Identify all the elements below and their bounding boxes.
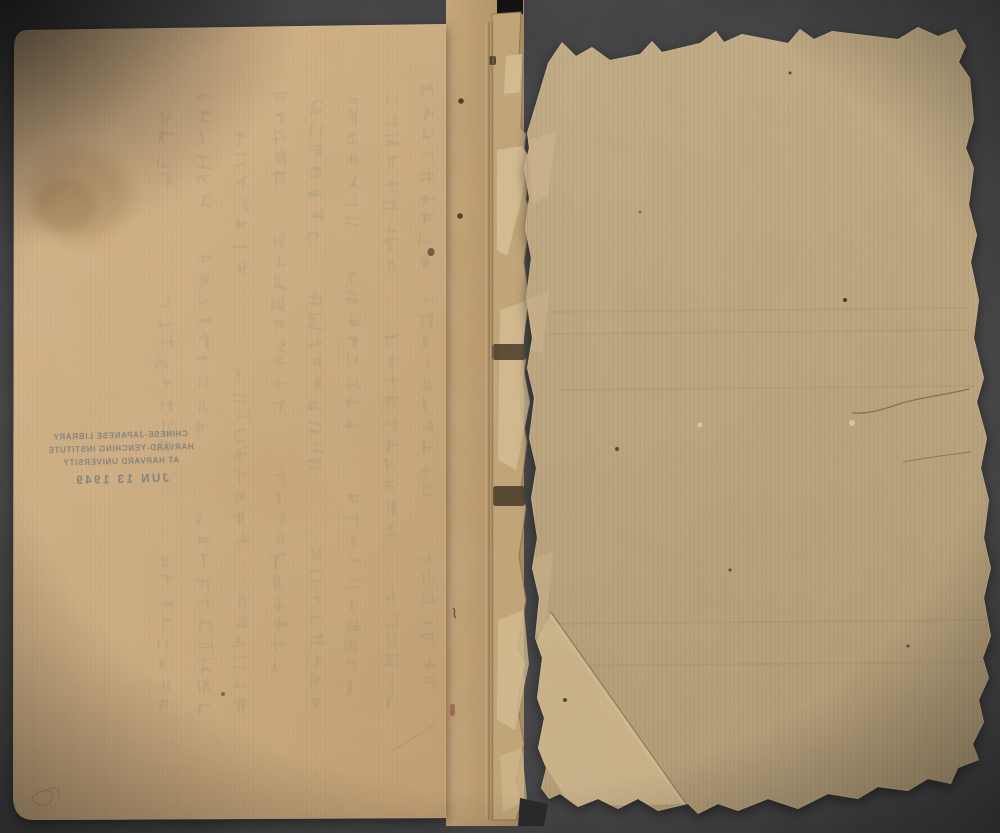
scan-canvas xyxy=(0,0,1000,833)
corner-shadow xyxy=(0,0,1000,833)
scanned-document: CHINESE-JAPANESE LIBRARY HARVARD-YENCHIN… xyxy=(0,0,1000,833)
